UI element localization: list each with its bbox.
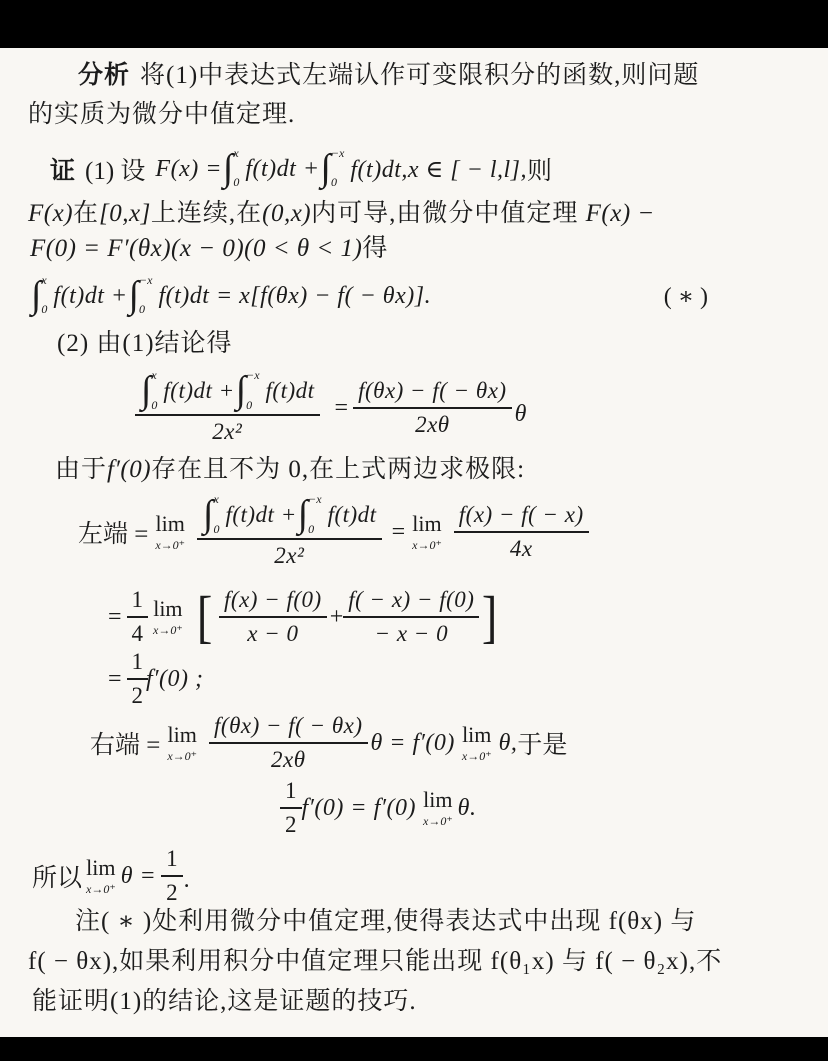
mvt-application-line: F(0) = F′(θx)(x − 0)(0 < θ < 1)得: [30, 233, 388, 264]
integral-symbol: ∫: [236, 371, 246, 409]
integral-upper-limit: x: [233, 146, 239, 161]
equals-sign: =: [108, 604, 122, 631]
limit-operator: limx→0⁺: [423, 789, 453, 827]
integral-symbol: ∫: [223, 149, 233, 187]
numerator: f(x) − f( − x): [454, 501, 589, 533]
fraction: 12: [280, 777, 302, 838]
theta-factor: θ: [515, 401, 527, 428]
integrand-1: f(t)dt +: [53, 283, 127, 310]
fraction: f(θx) − f( − θx)2xθ: [209, 712, 367, 773]
since-line: 由于f′(0)存在且不为 0,在上式两边求极限:: [55, 454, 525, 485]
equals-sign: =: [392, 519, 406, 546]
math-f-prime-0: f′(0): [107, 456, 151, 483]
cn-text: 由于: [55, 456, 107, 483]
integrand-2: f(t)dt: [328, 501, 377, 529]
fraction: f(x) − f( − x) 4x: [454, 501, 589, 562]
numerator: 1: [127, 586, 149, 618]
scanned-textbook-page: 分析将(1)中表达式左端认作可变限积分的函数,则问题 的实质为微分中值定理. 证…: [0, 0, 828, 1061]
lim-subscript: x→0⁺: [167, 750, 197, 762]
numerator: 1: [161, 845, 183, 877]
then-word: 则: [527, 151, 552, 187]
equation-star-row: ∫x0 f(t)dt + ∫−x0 f(t)dt = x[f(θx) − f( …: [30, 268, 790, 324]
integral-upper-limit: x: [151, 368, 157, 382]
integral-lower-limit: 0: [151, 398, 157, 412]
therefore-line: 所以 limx→0⁺ θ = 12 .: [32, 848, 190, 904]
integral-icon: ∫−x0: [298, 494, 322, 536]
lim-word: lim: [412, 513, 441, 535]
right-end-label: 右端 =: [90, 725, 160, 761]
note-text1: 注( ∗ )处利用微分中值定理,使得表达式中出现 f(θx) 与: [75, 908, 696, 935]
numerator: f(x) − f(0): [219, 586, 327, 618]
continuity-line: F(x)在[0,x]上连续,在(0,x)内可导,由微分中值定理 F(x) −: [28, 198, 655, 229]
numerator: ∫x0 f(t)dt + ∫−x0 f(t)dt: [197, 494, 382, 540]
cn-text: 在: [73, 200, 99, 227]
integral-icon: ∫−x0: [129, 275, 153, 317]
left-bracket: [: [197, 591, 212, 643]
analysis-label: 分析: [78, 62, 130, 89]
integral-upper-limit: −x: [331, 146, 344, 161]
f-prime-equation: f′(0) = f′(0): [302, 795, 417, 822]
integral-icon: ∫x0: [31, 275, 47, 317]
theta-period: θ.: [458, 795, 477, 822]
theta-comma: θ,: [499, 730, 518, 757]
fraction: 12: [127, 648, 149, 709]
math-mvt-equation: F(0) = F′(θx)(x − 0)(0 < θ < 1): [30, 235, 362, 262]
integral-symbol: ∫: [141, 371, 151, 409]
lim-subscript: x→0⁺: [153, 624, 183, 636]
integral-upper-limit: −x: [246, 368, 259, 382]
step2-line: (2) 由(1)结论得: [57, 328, 233, 359]
cn-text: 于是: [517, 725, 567, 761]
integral-symbol: ∫: [321, 149, 331, 187]
math-fx-minus: F(x) −: [586, 200, 655, 227]
cn-text: 得: [362, 235, 388, 262]
integrand-1: f(t)dt +: [245, 156, 319, 183]
fraction: 14: [127, 586, 149, 647]
limit-operator: limx→0⁺: [412, 513, 442, 551]
left-end-step2: = 14 limx→0⁺ [ f(x) − f(0)x − 0 + f( − x…: [108, 580, 500, 654]
denominator: 2: [127, 680, 149, 710]
lim-word: lim: [168, 724, 197, 746]
numerator: f(θx) − f( − θx): [209, 712, 367, 744]
lim-word: lim: [153, 598, 182, 620]
denominator: 4x: [505, 533, 538, 563]
note-line1: 注( ∗ )处利用微分中值定理,使得表达式中出现 f(θx) 与: [75, 906, 696, 937]
integral-lower-limit: 0: [213, 522, 219, 536]
integral-upper-limit: x: [41, 273, 47, 288]
integral-lower-limit: 0: [233, 175, 239, 190]
integral-upper-limit: −x: [308, 492, 321, 506]
integral-upper-limit: x: [213, 492, 219, 506]
note-text3: 能证明(1)的结论,这是证题的技巧.: [32, 988, 417, 1015]
paper-area: 分析将(1)中表达式左端认作可变限积分的函数,则问题 的实质为微分中值定理. 证…: [0, 48, 828, 1037]
proof-intro-line: 证 (1) 设 F(x) = ∫x0 f(t)dt + ∫−x0 f(t)dt,…: [50, 140, 552, 198]
math-interval-open: (0,x): [262, 200, 311, 227]
denominator: 2xθ: [266, 744, 311, 774]
integrand-1: f(t)dt +: [163, 377, 234, 405]
display-equation-2: ∫x0 f(t)dt + ∫−x0 f(t)dt 2x² = f(θx) − f…: [130, 360, 527, 456]
numerator: 1: [127, 648, 149, 680]
cn-text: 存在且不为 0,在上式两边求极限:: [151, 456, 525, 483]
fraction: f( − x) − f(0)− x − 0: [343, 586, 479, 647]
numerator: ∫x0 f(t)dt + ∫−x0 f(t)dt: [135, 370, 320, 416]
limit-operator: limx→0⁺: [86, 857, 116, 895]
denominator: 2: [161, 877, 183, 907]
cn-therefore: 所以: [32, 858, 82, 894]
integral-icon: ∫−x0: [321, 148, 345, 190]
analysis-text1: 将(1)中表达式左端认作可变限积分的函数,则问题: [140, 62, 699, 89]
theta-equals-f-prime: θ = f′(0): [371, 730, 455, 757]
lim-subscript: x→0⁺: [412, 539, 442, 551]
limit-operator: limx→0⁺: [462, 724, 492, 762]
integral-icon: ∫x0: [203, 494, 219, 536]
integral-lower-limit: 0: [246, 398, 259, 412]
note-line2: f( − θx),如果利用积分中值定理只能出现 f(θ₁x) 与 f( − θ₂…: [28, 946, 722, 977]
integral-symbol: ∫: [129, 276, 139, 314]
integral-icon: ∫x0: [141, 370, 157, 412]
fraction: f(θx) − f( − θx) 2xθ: [353, 377, 511, 438]
lim-word: lim: [86, 857, 115, 879]
denominator: 2x²: [207, 416, 247, 446]
integral-symbol: ∫: [298, 495, 308, 533]
denominator: 2xθ: [410, 409, 455, 439]
integral-lower-limit: 0: [41, 302, 47, 317]
fraction: f(x) − f(0)x − 0: [219, 586, 327, 647]
proof-step: (1) 设: [85, 151, 145, 187]
plus-sign: +: [330, 604, 344, 631]
analysis-text2: 的实质为微分中值定理.: [28, 101, 295, 128]
analysis-paragraph-line1: 分析将(1)中表达式左端认作可变限积分的函数,则问题: [78, 60, 699, 91]
denominator: − x − 0: [370, 618, 454, 648]
cn-text: 上连续,在: [151, 200, 262, 227]
denominator: 4: [127, 618, 149, 648]
right-bracket: ]: [482, 591, 497, 643]
period: .: [184, 867, 190, 894]
math-interval-closed: [0,x]: [99, 200, 151, 227]
integral-lower-limit: 0: [331, 175, 344, 190]
note-text2: f( − θx),如果利用积分中值定理只能出现 f(θ₁x) 与 f( − θ₂…: [28, 948, 722, 975]
theta-equals: θ =: [121, 863, 156, 890]
note-line3: 能证明(1)的结论,这是证题的技巧.: [32, 986, 417, 1017]
integrand-2: f(t)dt: [266, 377, 315, 405]
math-fx: F(x): [28, 200, 73, 227]
integral-lower-limit: 0: [308, 522, 321, 536]
conclusion-equation: 12 f′(0) = f′(0) limx→0⁺ θ.: [280, 780, 476, 836]
right-end-equation: 右端 = limx→0⁺ f(θx) − f( − θx)2xθ θ = f′(…: [90, 710, 567, 776]
fraction: ∫x0 f(t)dt + ∫−x0 f(t)dt 2x²: [135, 370, 320, 446]
integral-icon: ∫−x0: [236, 370, 260, 412]
denominator: 2: [280, 809, 302, 839]
fraction: 12: [161, 845, 183, 906]
function-definition-lhs: F(x) =: [155, 156, 222, 183]
step2-text: (2) 由(1)结论得: [57, 330, 233, 357]
left-end-result: = 12 f′(0) ;: [108, 654, 203, 704]
denominator: 2x²: [269, 540, 309, 570]
lim-subscript: x→0⁺: [462, 750, 492, 762]
integral-upper-limit: −x: [139, 273, 152, 288]
left-end-label: 左端 =: [78, 514, 148, 550]
integrand-2-and-domain: f(t)dt,x ∈ [ − l,l],: [350, 155, 527, 184]
lim-subscript: x→0⁺: [86, 883, 116, 895]
limit-operator: limx→0⁺: [155, 513, 185, 551]
limit-operator: limx→0⁺: [167, 724, 197, 762]
lim-word: lim: [423, 789, 452, 811]
proof-label: 证: [50, 151, 75, 187]
equation-star-tag: ( ∗ ): [664, 282, 708, 311]
f-prime-result: f′(0) ;: [146, 666, 203, 693]
analysis-paragraph-line2: 的实质为微分中值定理.: [28, 99, 295, 130]
equals-sign: =: [108, 666, 122, 693]
equals-sign: =: [335, 395, 349, 422]
left-end-equation: 左端 = limx→0⁺ ∫x0 f(t)dt + ∫−x0 f(t)dt 2x…: [78, 488, 594, 576]
denominator: x − 0: [242, 618, 303, 648]
limit-operator: limx→0⁺: [153, 598, 183, 636]
numerator: 1: [280, 777, 302, 809]
integral-symbol: ∫: [31, 276, 41, 314]
lim-word: lim: [462, 724, 491, 746]
integral-lower-limit: 0: [139, 302, 152, 317]
integral-icon: ∫x0: [223, 148, 239, 190]
lim-subscript: x→0⁺: [423, 815, 453, 827]
numerator: f(θx) − f( − θx): [353, 377, 511, 409]
cn-text: 内可导,由微分中值定理: [311, 200, 586, 227]
integrand-1: f(t)dt +: [225, 501, 296, 529]
lim-word: lim: [156, 513, 185, 535]
lim-subscript: x→0⁺: [155, 539, 185, 551]
fraction: ∫x0 f(t)dt + ∫−x0 f(t)dt 2x²: [197, 494, 382, 570]
equation-star-rhs: f(t)dt = x[f(θx) − f( − θx)].: [158, 283, 431, 310]
integral-symbol: ∫: [203, 495, 213, 533]
numerator: f( − x) − f(0): [343, 586, 479, 618]
